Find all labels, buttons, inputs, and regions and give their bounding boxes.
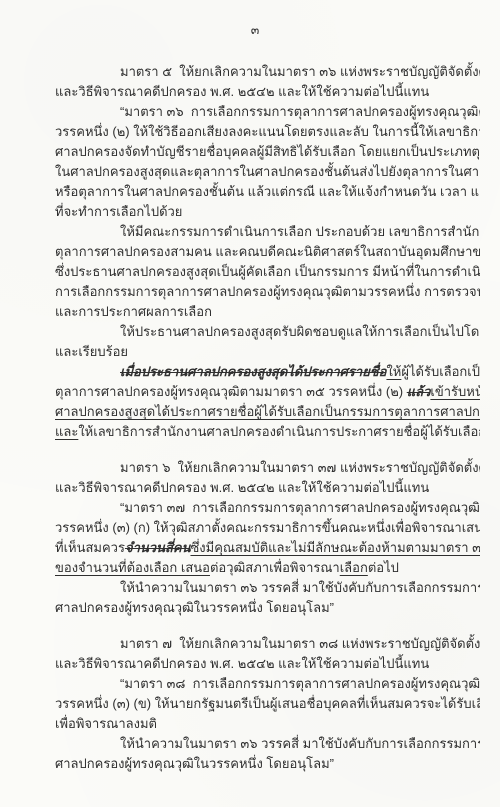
text-run: และวิธีพิจารณาคดีปกครอง พ.ศ. ๒๕๔๒ และให้… (55, 656, 429, 671)
text-line: ซึ่งประธานศาลปกครองสูงสุดเป็นผู้คัดเลือก… (55, 262, 480, 282)
text-line: ของจำนวนที่ต้องเลือก เสนอต่อวุฒิสภาเพื่อ… (55, 558, 480, 578)
paragraph: “มาตรา ๓๘ การเลือกกรรมการตุลาการศาลปกครอ… (55, 674, 480, 734)
paragraph: ให้ประธานศาลปกครองสูงสุดรับผิดชอบดูแลให้… (55, 322, 480, 362)
text-run: ให้เลขาธิการสำนักงานศาลปกครองดำเนินการปร… (78, 424, 480, 439)
text-run: ให้นำความในมาตรา ๓๖ วรรคสี่ มาใช้บังคับก… (120, 736, 480, 751)
text-line: ให้มีคณะกรรมการดำเนินการเลือก ประกอบด้วย… (55, 222, 480, 242)
paragraph: “มาตรา ๓๗ การเลือกกรรมการตุลาการศาลปกครอ… (55, 498, 480, 578)
text-run: ศาลปกครองผู้ทรงคุณวุฒิในวรรคหนึ่ง โดยอนุ… (55, 756, 334, 771)
inserted-text-run: และ (55, 424, 78, 439)
text-run: ตุลาการศาลปกครองผู้ทรงคุณวุฒิตามมาตรา ๓๕… (55, 384, 407, 399)
text-run: ที่เห็นสมควร (55, 540, 125, 555)
text-line: ศาลปกครองผู้ทรงคุณวุฒิในวรรคหนึ่ง โดยอนุ… (55, 598, 480, 618)
text-run: “มาตรา ๓๗ การเลือกกรรมการตุลาการศาลปกครอ… (120, 500, 480, 515)
inserted-text-run: ศาลปกครองสูงสุดได้ประกาศรายชื่อผู้ได้รับ… (55, 404, 480, 419)
text-run: ผู้ได้รับเลือกเป็นกรรมการ (401, 364, 480, 379)
text-run: ศาลปกครองจัดทำบัญชีรายชื่อบุคคลผู้มีสิทธ… (55, 144, 480, 159)
text-run: ในศาลปกครองสูงสุดและตุลาการในศาลปกครองชั… (55, 164, 480, 179)
text-line: การเลือกกรรมการตุลาการศาลปกครองผู้ทรงคุณ… (55, 282, 480, 302)
text-run: ต่อไป (368, 560, 399, 575)
text-line: ศาลปกครองจัดทำบัญชีรายชื่อบุคคลผู้มีสิทธ… (55, 142, 480, 162)
deleted-text-run: จำนวนสี่คน (125, 540, 191, 555)
text-line: เมื่อประธานศาลปกครองสูงสุดได้ประกาศรายชื… (55, 362, 480, 382)
text-line: ให้ประธานศาลปกครองสูงสุดรับผิดชอบดูแลให้… (55, 322, 480, 342)
text-run: ให้ประธานศาลปกครองสูงสุดรับผิดชอบดูแลให้… (120, 324, 480, 339)
paragraph: เมื่อประธานศาลปกครองสูงสุดได้ประกาศรายชื… (55, 362, 480, 442)
inserted-text-run: เลือก (340, 560, 368, 575)
text-run: และการประกาศผลการเลือก (55, 304, 212, 319)
paragraph: มาตรา ๖ ให้ยกเลิกความในมาตรา ๓๗ แห่งพระร… (55, 458, 480, 498)
text-line: มาตรา ๕ ให้ยกเลิกความในมาตรา ๓๖ แห่งพระร… (55, 62, 480, 82)
text-line: ศาลปกครองสูงสุดได้ประกาศรายชื่อผู้ได้รับ… (55, 402, 480, 422)
text-run: ที่จะทำการเลือกไปด้วย (55, 204, 182, 219)
text-run: “มาตรา ๓๖ การเลือกกรรมการตุลาการศาลปกครอ… (120, 104, 480, 119)
text-line: ให้นำความในมาตรา ๓๖ วรรคสี่ มาใช้บังคับก… (55, 578, 480, 598)
paragraph: ให้มีคณะกรรมการดำเนินการเลือก ประกอบด้วย… (55, 222, 480, 322)
text-run: หรือตุลาการในศาลปกครองชั้นต้น แล้วแต่กรณ… (55, 184, 480, 199)
text-run: ตุลาการศาลปกครองสามคน และคณบดีคณะนิติศาส… (55, 244, 480, 259)
document-body: มาตรา ๕ ให้ยกเลิกความในมาตรา ๓๖ แห่งพระร… (55, 62, 480, 774)
text-line: และวิธีพิจารณาคดีปกครอง พ.ศ. ๒๕๔๒ และให้… (55, 478, 480, 498)
deleted-text-run: แล้ว (407, 384, 431, 399)
deleted-text-run: เมื่อประธานศาลปกครองสูงสุดได้ประกาศรายชื… (120, 364, 386, 379)
text-line: หรือตุลาการในศาลปกครองชั้นต้น แล้วแต่กรณ… (55, 182, 480, 202)
text-line: ที่เห็นสมควรจำนวนสี่คนซึ่งมีคุณสมบัติและ… (55, 538, 480, 558)
text-line: และวิธีพิจารณาคดีปกครอง พ.ศ. ๒๕๔๒ และให้… (55, 654, 480, 674)
text-line: เพื่อพิจารณาลงมติ (55, 714, 480, 734)
text-run: “มาตรา ๓๘ การเลือกกรรมการตุลาการศาลปกครอ… (120, 676, 480, 691)
text-run: ให้นำความในมาตรา ๓๖ วรรคสี่ มาใช้บังคับก… (120, 580, 480, 595)
text-run: การเลือกกรรมการตุลาการศาลปกครองผู้ทรงคุณ… (55, 284, 480, 299)
text-line: ตุลาการศาลปกครองสามคน และคณบดีคณะนิติศาส… (55, 242, 480, 262)
text-line: “มาตรา ๓๗ การเลือกกรรมการตุลาการศาลปกครอ… (55, 498, 480, 518)
text-run: มาตรา ๖ ให้ยกเลิกความในมาตรา ๓๗ แห่งพระร… (120, 460, 480, 475)
text-run: เพื่อพิจารณาลงมติ (55, 716, 157, 731)
text-line: วรรคหนึ่ง (๓) (ก) ให้วุฒิสภาตั้งคณะกรรมา… (55, 518, 480, 538)
text-line: มาตรา ๗ ให้ยกเลิกความในมาตรา ๓๘ แห่งพระร… (55, 634, 480, 654)
text-run: และเรียบร้อย (55, 344, 128, 359)
inserted-text-run: ให้ (386, 364, 401, 379)
text-line: ให้นำความในมาตรา ๓๖ วรรคสี่ มาใช้บังคับก… (55, 734, 480, 754)
text-run: วรรคหนึ่ง (๓) (ก) ให้วุฒิสภาตั้งคณะกรรมา… (55, 520, 480, 535)
paragraph: มาตรา ๗ ให้ยกเลิกความในมาตรา ๓๘ แห่งพระร… (55, 634, 480, 674)
text-run: ให้มีคณะกรรมการดำเนินการเลือก ประกอบด้วย… (120, 224, 480, 239)
text-run: มาตรา ๕ ให้ยกเลิกความในมาตรา ๓๖ แห่งพระร… (120, 64, 480, 79)
inserted-text-run: เข้ารับหน้าที่เมื่อประธาน (430, 384, 480, 399)
page-number: ๓ (55, 20, 455, 40)
text-run: ซึ่งประธานศาลปกครองสูงสุดเป็นผู้คัดเลือก… (55, 264, 480, 279)
paragraph: มาตรา ๕ ให้ยกเลิกความในมาตรา ๓๖ แห่งพระร… (55, 62, 480, 102)
inserted-text-run: ของจำนวนที่ต้องเลือก เสนอ (55, 560, 210, 575)
text-run: มาตรา ๗ ให้ยกเลิกความในมาตรา ๓๘ แห่งพระร… (120, 636, 480, 651)
paragraph: ให้นำความในมาตรา ๓๖ วรรคสี่ มาใช้บังคับก… (55, 734, 480, 774)
paragraph: ให้นำความในมาตรา ๓๖ วรรคสี่ มาใช้บังคับก… (55, 578, 480, 618)
text-line: ตุลาการศาลปกครองผู้ทรงคุณวุฒิตามมาตรา ๓๕… (55, 382, 480, 402)
inserted-text-run: ซึ่งมีคุณสมบัติและไม่มีลักษณะต้องห้ามตาม… (190, 540, 480, 555)
text-line: วรรคหนึ่ง (๒) ให้ใช้วิธีออกเสียงลงคะแนนโ… (55, 122, 480, 142)
text-line: “มาตรา ๓๘ การเลือกกรรมการตุลาการศาลปกครอ… (55, 674, 480, 694)
text-line: และให้เลขาธิการสำนักงานศาลปกครองดำเนินกา… (55, 422, 480, 442)
text-run: ศาลปกครองผู้ทรงคุณวุฒิในวรรคหนึ่ง โดยอนุ… (55, 600, 334, 615)
text-run: และวิธีพิจารณาคดีปกครอง พ.ศ. ๒๕๔๒ และให้… (55, 480, 429, 495)
text-run: วรรคหนึ่ง (๓) (ข) ให้นายกรัฐมนตรีเป็นผู้… (55, 696, 480, 711)
text-line: ในศาลปกครองสูงสุดและตุลาการในศาลปกครองชั… (55, 162, 480, 182)
text-line: มาตรา ๖ ให้ยกเลิกความในมาตรา ๓๗ แห่งพระร… (55, 458, 480, 478)
text-line: และวิธีพิจารณาคดีปกครอง พ.ศ. ๒๕๔๒ และให้… (55, 82, 480, 102)
text-run: วรรคหนึ่ง (๒) ให้ใช้วิธีออกเสียงลงคะแนนโ… (55, 124, 480, 139)
text-run: ต่อวุฒิสภาเพื่อพิจารณา (210, 560, 340, 575)
paragraph: “มาตรา ๓๖ การเลือกกรรมการตุลาการศาลปกครอ… (55, 102, 480, 222)
text-line: ที่จะทำการเลือกไปด้วย (55, 202, 480, 222)
text-line: “มาตรา ๓๖ การเลือกกรรมการตุลาการศาลปกครอ… (55, 102, 480, 122)
text-run: และวิธีพิจารณาคดีปกครอง พ.ศ. ๒๕๔๒ และให้… (55, 84, 429, 99)
text-line: และการประกาศผลการเลือก (55, 302, 480, 322)
scanned-document-page: ๓ มาตรา ๕ ให้ยกเลิกความในมาตรา ๓๖ แห่งพร… (0, 0, 500, 807)
text-line: วรรคหนึ่ง (๓) (ข) ให้นายกรัฐมนตรีเป็นผู้… (55, 694, 480, 714)
text-line: และเรียบร้อย (55, 342, 480, 362)
text-line: ศาลปกครองผู้ทรงคุณวุฒิในวรรคหนึ่ง โดยอนุ… (55, 754, 480, 774)
